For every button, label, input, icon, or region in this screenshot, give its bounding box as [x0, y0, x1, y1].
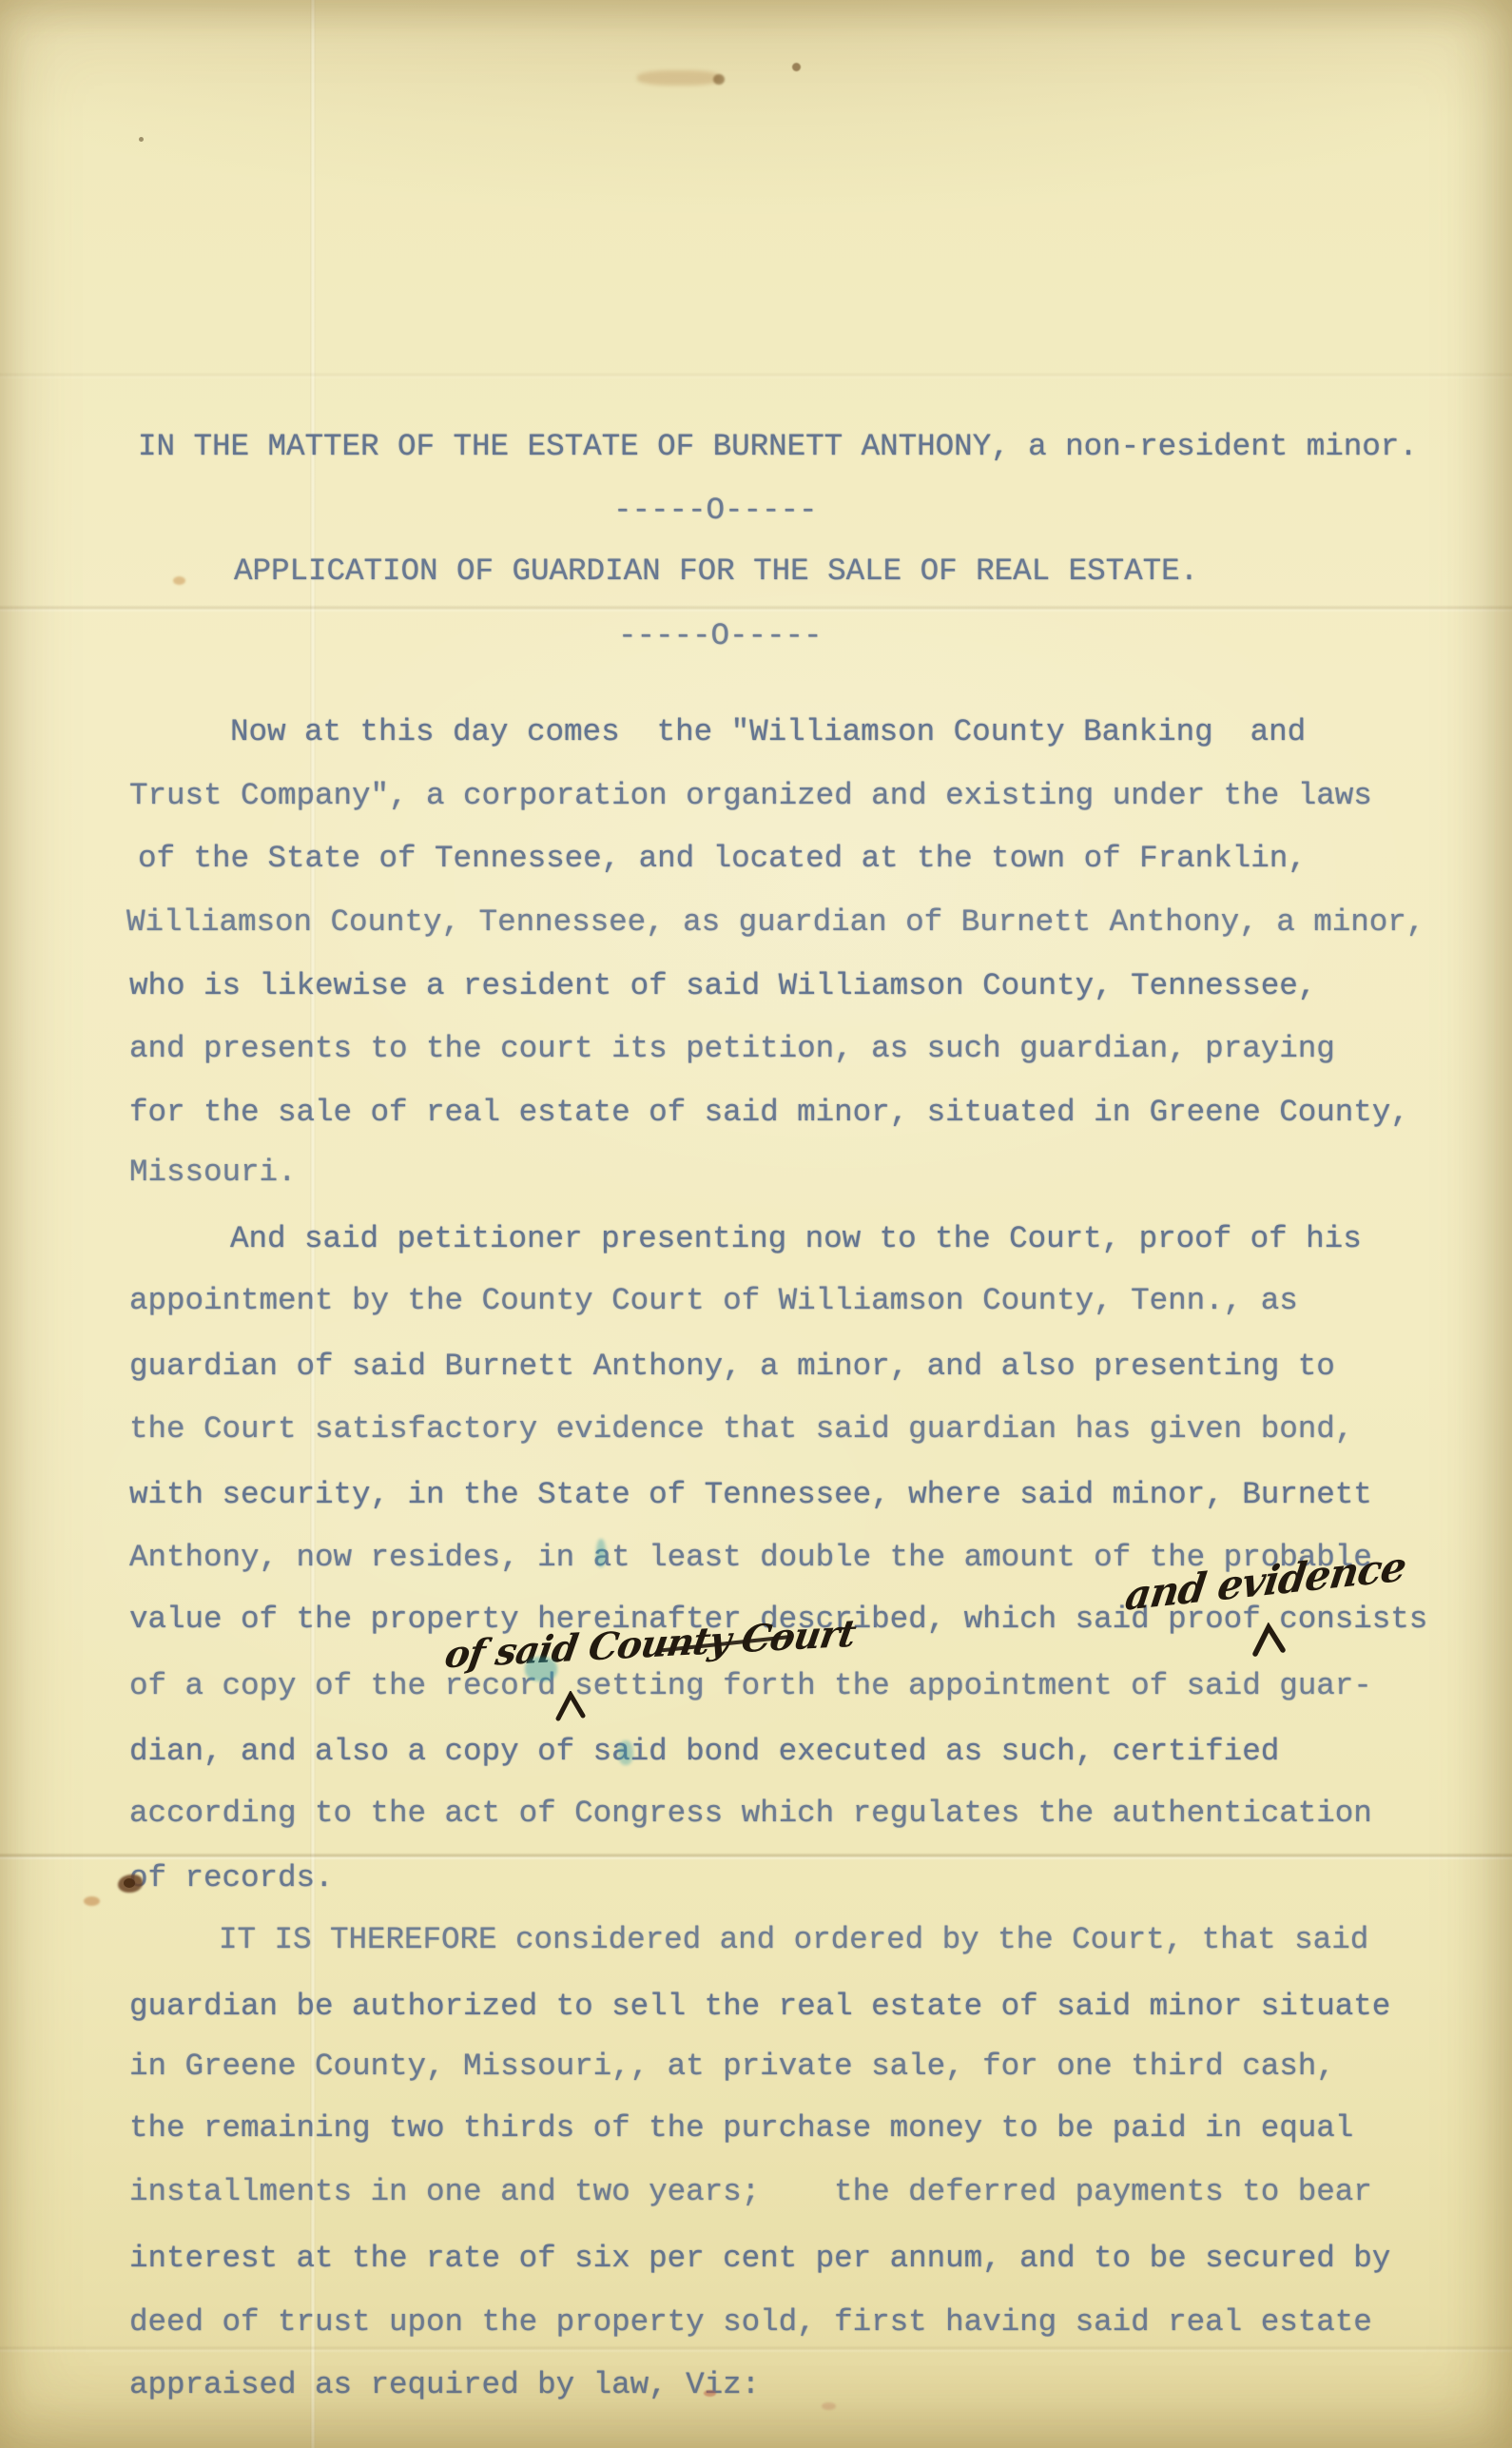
doc-line-6: Trust Company", a corporation organized …: [129, 765, 1372, 827]
doc-line-23: of records.: [129, 1847, 334, 1910]
teal-correction-mark: [525, 1657, 557, 1681]
paper-speck: [84, 1896, 100, 1906]
doc-line-12: Missouri.: [129, 1141, 297, 1204]
doc-line-25: guardian be authorized to sell the real …: [129, 1975, 1390, 2038]
doc-line-21: dian, and also a copy of said bond execu…: [129, 1720, 1279, 1783]
ink-blot-stain: [124, 1878, 135, 1888]
doc-line-17: with security, in the State of Tennessee…: [129, 1464, 1372, 1526]
doc-line-15: guardian of said Burnett Anthony, a mino…: [129, 1335, 1335, 1398]
doc-line-11: for the sale of real estate of said mino…: [129, 1081, 1409, 1144]
doc-line-16: the Court satisfactory evidence that sai…: [129, 1398, 1353, 1461]
teal-correction-mark: [618, 1740, 633, 1765]
doc-line-20: of a copy of the record setting forth th…: [129, 1655, 1372, 1718]
paper-speck: [704, 2390, 716, 2397]
doc-line-10: and presents to the court its petition, …: [129, 1018, 1335, 1080]
document-page: IN THE MATTER OF THE ESTATE OF BURNETT A…: [0, 0, 1512, 2448]
doc-line-31: appraised as required by law, Viz:: [129, 2354, 760, 2417]
divider-ornament: -----O-----: [613, 479, 818, 542]
document-lines: IN THE MATTER OF THE ESTATE OF BURNETT A…: [0, 0, 1512, 2448]
insertion-caret-icon: [554, 1691, 587, 1721]
paper-speck: [139, 137, 144, 142]
doc-line-14: appointment by the County Court of Willi…: [129, 1270, 1298, 1332]
paper-stain: [792, 63, 801, 71]
doc-line-29: interest at the rate of six per cent per…: [129, 2227, 1390, 2290]
doc-line-7: of the State of Tennessee, and located a…: [138, 827, 1307, 890]
paper-stain: [637, 70, 721, 86]
doc-line-26: in Greene County, Missouri,, at private …: [129, 2035, 1335, 2098]
teal-correction-mark: [596, 1539, 606, 1567]
doc-line-8: Williamson County, Tennessee, as guardia…: [126, 891, 1425, 954]
doc-line-9: who is likewise a resident of said Willi…: [129, 955, 1316, 1018]
paper-speck: [822, 2402, 836, 2410]
doc-line-22: according to the act of Congress which r…: [129, 1782, 1372, 1845]
case-caption-line: IN THE MATTER OF THE ESTATE OF BURNETT A…: [138, 416, 1418, 478]
paper-stain: [713, 74, 725, 85]
doc-line-28: installments in one and two years; the d…: [129, 2161, 1372, 2224]
insertion-caret-icon: [1250, 1622, 1287, 1657]
divider-ornament: -----O-----: [618, 605, 823, 668]
doc-line-5: Now at this day comes the "Williamson Co…: [230, 701, 1306, 764]
doc-line-30: deed of trust upon the property sold, fi…: [129, 2291, 1372, 2354]
doc-line-13: And said petitioner presenting now to th…: [230, 1208, 1362, 1271]
doc-line-24: IT IS THEREFORE considered and ordered b…: [219, 1909, 1368, 1972]
document-title-line: APPLICATION OF GUARDIAN FOR THE SALE OF …: [234, 540, 1198, 603]
doc-line-27: the remaining two thirds of the purchase…: [129, 2097, 1353, 2160]
paper-speck: [173, 576, 185, 585]
